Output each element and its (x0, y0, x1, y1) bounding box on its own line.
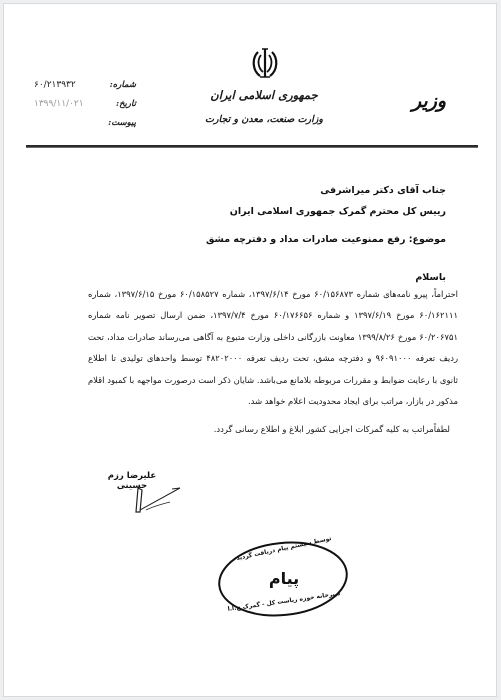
recipient-block: جناب آقای دکتر میراشرفی رییس کل محترم گم… (146, 180, 446, 222)
meta-date-row: تاریخ: ۱۳۹۹/۱۱/۰۲۱ (34, 94, 136, 113)
number-value: ۶۰/۲۱۳۹۳۲ (34, 80, 102, 90)
letter-page: جمهوری اسلامی ایران وزارت صنعت، معدن و ت… (3, 3, 497, 697)
attachment-label: پیوست: (102, 118, 136, 128)
office-title: وزیر (404, 90, 454, 112)
meta-attachment-row: پیوست: (34, 113, 136, 132)
recipient-name: جناب آقای دکتر میراشرفی (146, 180, 446, 201)
stamp-title: پیام (244, 569, 324, 588)
signature-scribble-icon (112, 480, 182, 520)
body-text: احتراماً، پیرو نامه‌های شماره ۶۰/۱۵۶۸۷۳ … (88, 284, 458, 412)
recipient-title: رییس کل محترم گمرک جمهوری اسلامی ایران (146, 201, 446, 222)
country-name: جمهوری اسلامی ایران (204, 88, 324, 102)
date-label: تاریخ: (102, 99, 136, 109)
iran-emblem-icon (250, 46, 280, 80)
body-paragraph: احتراماً، پیرو نامه‌های شماره ۶۰/۱۵۶۸۷۳ … (88, 284, 458, 412)
greeting: باسلام (146, 272, 446, 283)
ministry-name: وزارت صنعت، معدن و تجارت (194, 114, 334, 125)
letter-meta: شماره: ۶۰/۲۱۳۹۳۲ تاریخ: ۱۳۹۹/۱۱/۰۲۱ پیوس… (34, 75, 136, 132)
header-divider (26, 145, 478, 148)
date-value: ۱۳۹۹/۱۱/۰۲۱ (34, 99, 102, 109)
letter-subject: موضوع: رفع ممنوعیت صادرات مداد و دفترچه … (146, 234, 446, 245)
number-label: شماره: (102, 80, 136, 90)
closing-line: لطفاًمراتب به کلیه گمرکات اجرایی کشور اب… (80, 424, 450, 434)
meta-number-row: شماره: ۶۰/۲۱۳۹۳۲ (34, 75, 136, 94)
